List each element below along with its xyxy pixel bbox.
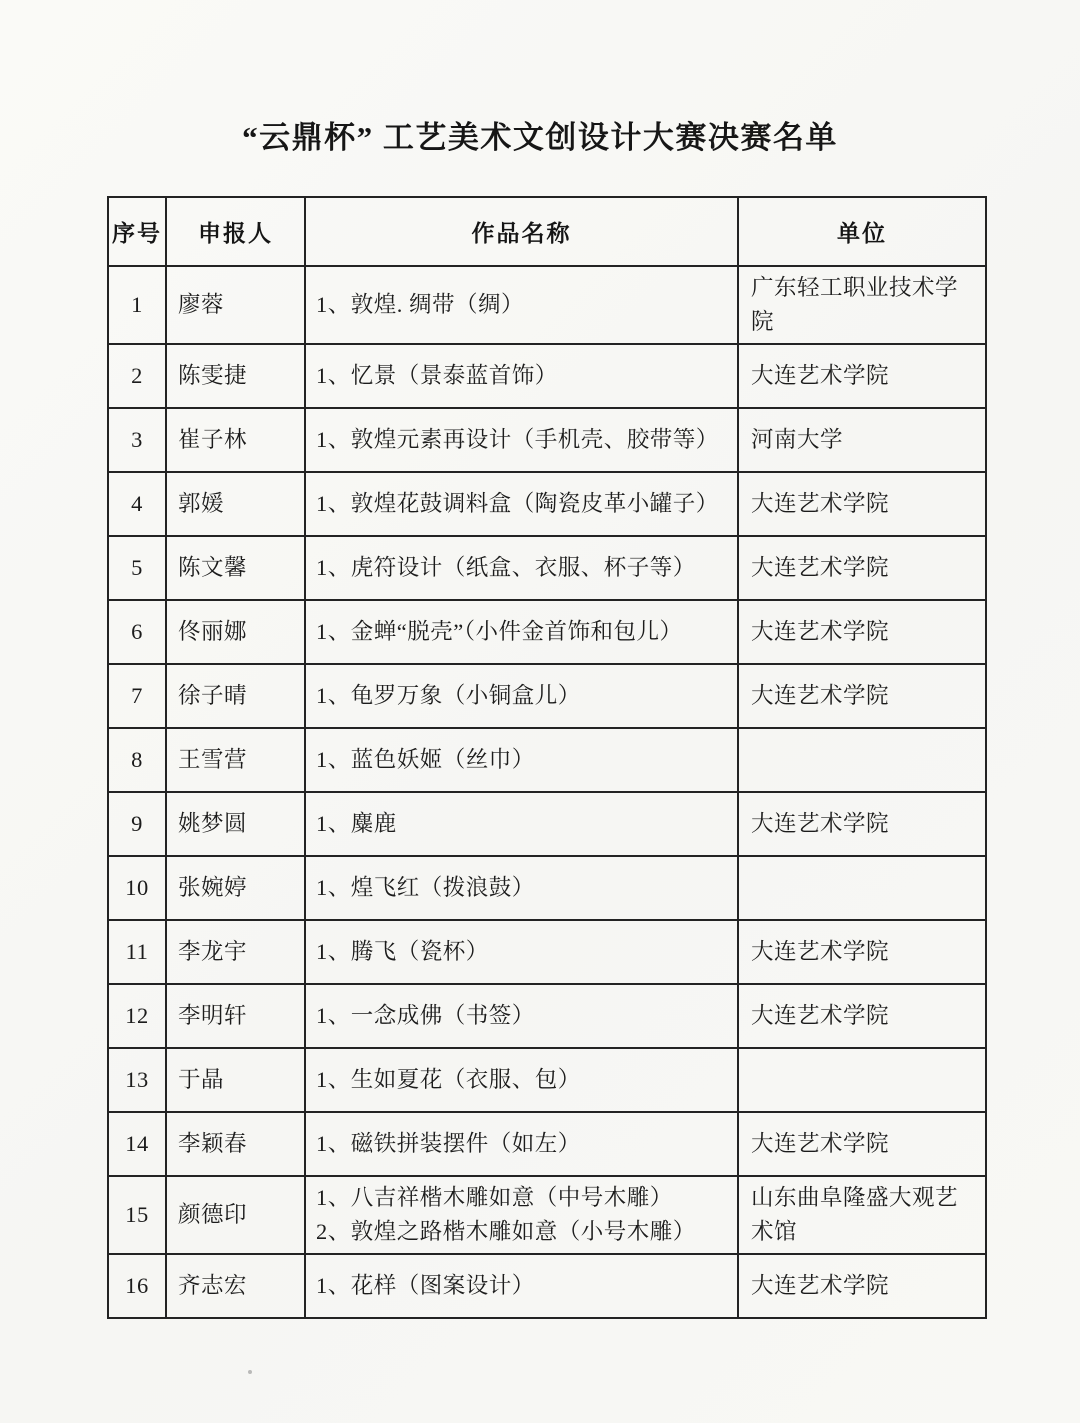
cell-applicant: 陈雯捷 bbox=[166, 344, 305, 408]
table-header-row: 序号 申报人 作品名称 单位 bbox=[108, 197, 986, 266]
cell-work-name: 1、煌飞红（拨浪鼓） bbox=[305, 856, 738, 920]
table-row: 2 陈雯捷 1、忆景（景泰蓝首饰） 大连艺术学院 bbox=[108, 344, 986, 408]
cell-applicant: 王雪营 bbox=[166, 728, 305, 792]
table-row: 13 于晶 1、生如夏花（衣服、包） bbox=[108, 1048, 986, 1112]
cell-applicant: 于晶 bbox=[166, 1048, 305, 1112]
cell-applicant: 佟丽娜 bbox=[166, 600, 305, 664]
cell-unit: 大连艺术学院 bbox=[738, 600, 986, 664]
finalists-table: 序号 申报人 作品名称 单位 1 廖蓉 1、敦煌. 绸带（绸） 广东轻工职业技术… bbox=[107, 196, 987, 1319]
cell-work-name: 1、一念成佛（书签） bbox=[305, 984, 738, 1048]
cell-work-name: 1、敦煌元素再设计（手机壳、胶带等） bbox=[305, 408, 738, 472]
cell-serial: 13 bbox=[108, 1048, 166, 1112]
cell-work-name: 1、忆景（景泰蓝首饰） bbox=[305, 344, 738, 408]
table-row: 3 崔子林 1、敦煌元素再设计（手机壳、胶带等） 河南大学 bbox=[108, 408, 986, 472]
table-row: 11 李龙宇 1、腾飞（瓷杯） 大连艺术学院 bbox=[108, 920, 986, 984]
cell-work-name: 1、虎符设计（纸盒、衣服、杯子等） bbox=[305, 536, 738, 600]
col-header-applicant: 申报人 bbox=[166, 197, 305, 266]
col-header-work-name: 作品名称 bbox=[305, 197, 738, 266]
cell-unit: 大连艺术学院 bbox=[738, 920, 986, 984]
cell-serial: 12 bbox=[108, 984, 166, 1048]
cell-work-name: 1、腾飞（瓷杯） bbox=[305, 920, 738, 984]
cell-serial: 2 bbox=[108, 344, 166, 408]
cell-unit: 大连艺术学院 bbox=[738, 472, 986, 536]
table-row: 14 李颖春 1、磁铁拼装摆件（如左） 大连艺术学院 bbox=[108, 1112, 986, 1176]
cell-applicant: 李明轩 bbox=[166, 984, 305, 1048]
table-row: 5 陈文馨 1、虎符设计（纸盒、衣服、杯子等） 大连艺术学院 bbox=[108, 536, 986, 600]
cell-unit: 河南大学 bbox=[738, 408, 986, 472]
cell-work-name: 1、金蝉“脱壳”（小件金首饰和包儿） bbox=[305, 600, 738, 664]
col-header-unit: 单位 bbox=[738, 197, 986, 266]
cell-unit: 大连艺术学院 bbox=[738, 536, 986, 600]
cell-unit: 大连艺术学院 bbox=[738, 792, 986, 856]
cell-serial: 5 bbox=[108, 536, 166, 600]
scanned-document-page: “云鼎杯” 工艺美术文创设计大赛决赛名单 序号 申报人 作品名称 单位 1 廖蓉… bbox=[0, 0, 1080, 1423]
table-row: 4 郭媛 1、敦煌花鼓调料盒（陶瓷皮革小罐子） 大连艺术学院 bbox=[108, 472, 986, 536]
cell-applicant: 李颖春 bbox=[166, 1112, 305, 1176]
table-row: 10 张婉婷 1、煌飞红（拨浪鼓） bbox=[108, 856, 986, 920]
cell-work-name: 1、敦煌. 绸带（绸） bbox=[305, 266, 738, 344]
cell-serial: 15 bbox=[108, 1176, 166, 1254]
cell-unit: 广东轻工职业技术学院 bbox=[738, 266, 986, 344]
cell-serial: 11 bbox=[108, 920, 166, 984]
cell-unit: 大连艺术学院 bbox=[738, 664, 986, 728]
cell-unit bbox=[738, 856, 986, 920]
cell-serial: 16 bbox=[108, 1254, 166, 1318]
cell-unit: 大连艺术学院 bbox=[738, 1254, 986, 1318]
table-row: 8 王雪营 1、蓝色妖姬（丝巾） bbox=[108, 728, 986, 792]
cell-unit: 大连艺术学院 bbox=[738, 344, 986, 408]
cell-work-name: 1、磁铁拼装摆件（如左） bbox=[305, 1112, 738, 1176]
table-row: 1 廖蓉 1、敦煌. 绸带（绸） 广东轻工职业技术学院 bbox=[108, 266, 986, 344]
cell-serial: 1 bbox=[108, 266, 166, 344]
table-row: 6 佟丽娜 1、金蝉“脱壳”（小件金首饰和包儿） 大连艺术学院 bbox=[108, 600, 986, 664]
cell-applicant: 齐志宏 bbox=[166, 1254, 305, 1318]
cell-serial: 6 bbox=[108, 600, 166, 664]
cell-unit bbox=[738, 1048, 986, 1112]
cell-serial: 3 bbox=[108, 408, 166, 472]
cell-work-name: 1、生如夏花（衣服、包） bbox=[305, 1048, 738, 1112]
cell-serial: 7 bbox=[108, 664, 166, 728]
cell-unit: 大连艺术学院 bbox=[738, 1112, 986, 1176]
cell-work-name: 1、麋鹿 bbox=[305, 792, 738, 856]
cell-work-name: 1、蓝色妖姬（丝巾） bbox=[305, 728, 738, 792]
cell-unit: 大连艺术学院 bbox=[738, 984, 986, 1048]
table-row: 16 齐志宏 1、花样（图案设计） 大连艺术学院 bbox=[108, 1254, 986, 1318]
table-row: 12 李明轩 1、一念成佛（书签） 大连艺术学院 bbox=[108, 984, 986, 1048]
cell-applicant: 崔子林 bbox=[166, 408, 305, 472]
cell-applicant: 郭媛 bbox=[166, 472, 305, 536]
cell-serial: 8 bbox=[108, 728, 166, 792]
cell-serial: 10 bbox=[108, 856, 166, 920]
cell-applicant: 廖蓉 bbox=[166, 266, 305, 344]
cell-applicant: 张婉婷 bbox=[166, 856, 305, 920]
cell-work-name: 1、八吉祥楷木雕如意（中号木雕） 2、敦煌之路楷木雕如意（小号木雕） bbox=[305, 1176, 738, 1254]
cell-unit bbox=[738, 728, 986, 792]
table-row: 15 颜德印 1、八吉祥楷木雕如意（中号木雕） 2、敦煌之路楷木雕如意（小号木雕… bbox=[108, 1176, 986, 1254]
scan-artifact-speck bbox=[248, 1370, 252, 1374]
cell-work-name: 1、花样（图案设计） bbox=[305, 1254, 738, 1318]
cell-serial: 4 bbox=[108, 472, 166, 536]
cell-work-name: 1、敦煌花鼓调料盒（陶瓷皮革小罐子） bbox=[305, 472, 738, 536]
col-header-serial: 序号 bbox=[108, 197, 166, 266]
cell-applicant: 颜德印 bbox=[166, 1176, 305, 1254]
cell-applicant: 李龙宇 bbox=[166, 920, 305, 984]
cell-applicant: 徐子晴 bbox=[166, 664, 305, 728]
cell-applicant: 陈文馨 bbox=[166, 536, 305, 600]
page-title: “云鼎杯” 工艺美术文创设计大赛决赛名单 bbox=[101, 112, 979, 157]
cell-work-name: 1、龟罗万象（小铜盒儿） bbox=[305, 664, 738, 728]
cell-serial: 14 bbox=[108, 1112, 166, 1176]
cell-applicant: 姚梦圆 bbox=[166, 792, 305, 856]
cell-serial: 9 bbox=[108, 792, 166, 856]
table-row: 7 徐子晴 1、龟罗万象（小铜盒儿） 大连艺术学院 bbox=[108, 664, 986, 728]
cell-unit: 山东曲阜隆盛大观艺术馆 bbox=[738, 1176, 986, 1254]
table-row: 9 姚梦圆 1、麋鹿 大连艺术学院 bbox=[108, 792, 986, 856]
